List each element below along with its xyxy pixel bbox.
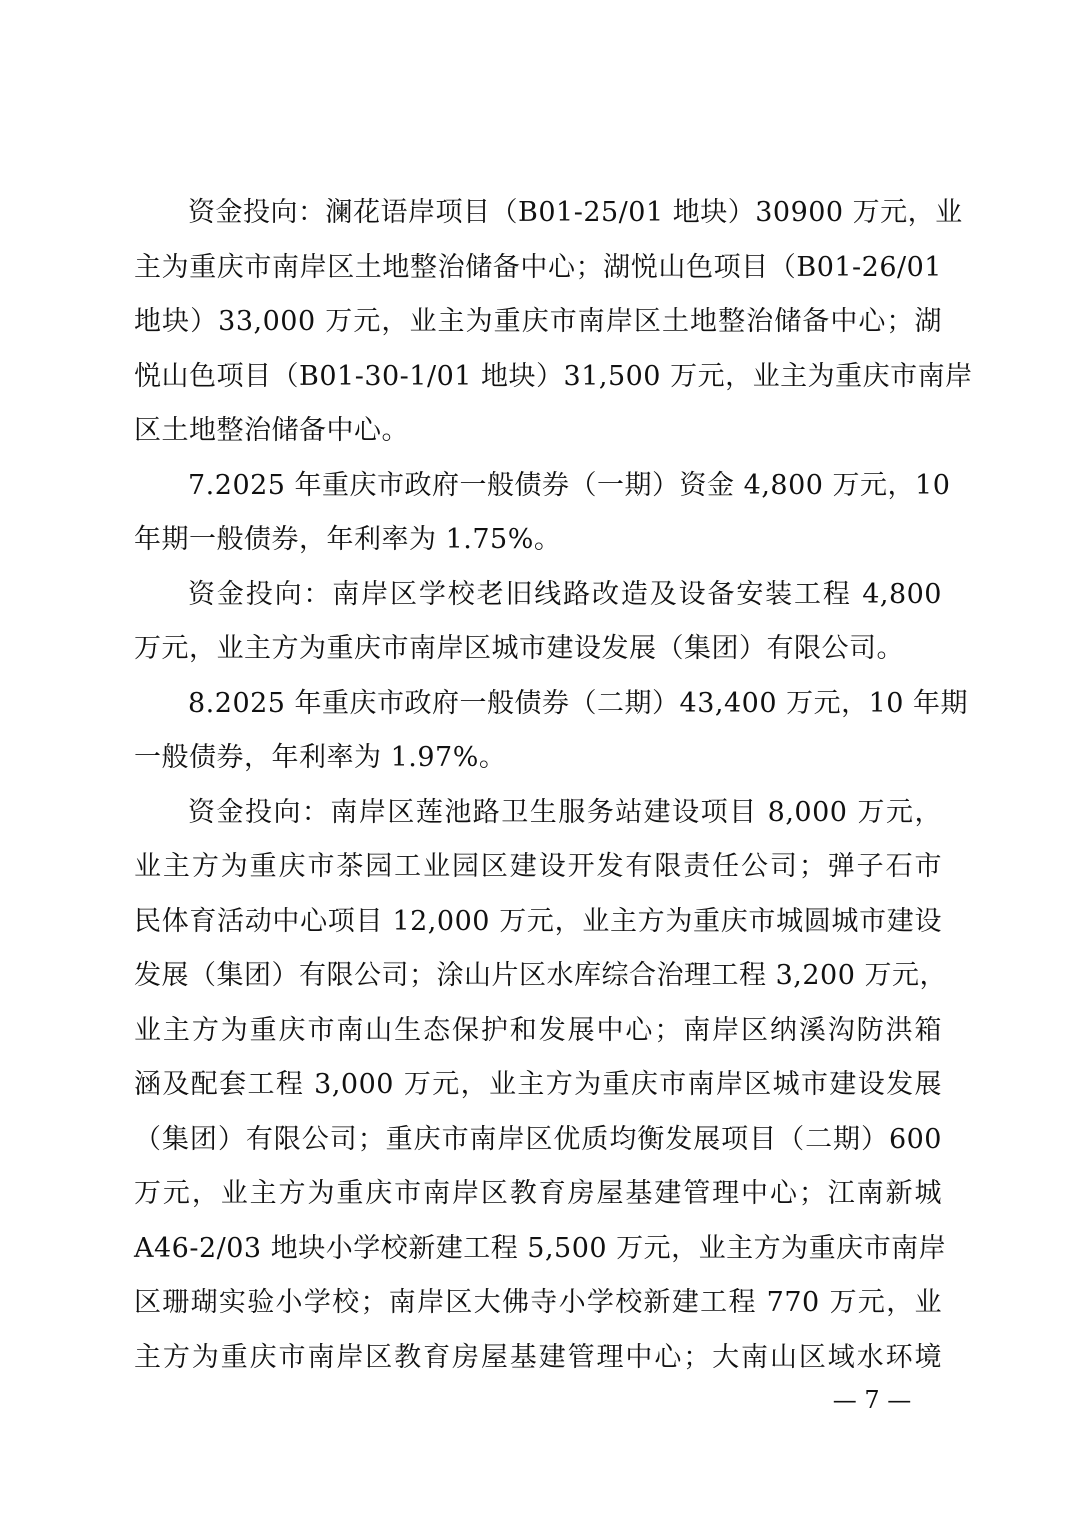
- document-page: 资金投向：澜花语岸项目（B01-25/01 地块）30900 万元，业 主为重庆…: [0, 0, 1074, 1520]
- text-line: 发展（集团）有限公司；涂山片区水库综合治理工程 3,200 万元，: [134, 949, 942, 1004]
- text-line: 涵及配套工程 3,000 万元，业主方为重庆市南岸区城市建设发展: [134, 1058, 942, 1113]
- text-line: 业主方为重庆市茶园工业园区建设开发有限责任公司；弹子石市: [134, 840, 942, 895]
- text-line: 区珊瑚实验小学校；南岸区大佛寺小学校新建工程 770 万元，业: [134, 1276, 942, 1331]
- text-line: 地块）33,000 万元，业主为重庆市南岸区土地整治储备中心；湖: [134, 295, 942, 350]
- paragraph-bond-7: 7.2025 年重庆市政府一般债券（一期）资金 4,800 万元，10 年期一般…: [134, 459, 942, 568]
- text-line: 万元，业主方为重庆市南岸区城市建设发展（集团）有限公司。: [134, 622, 942, 677]
- text-line: 主方为重庆市南岸区教育房屋基建管理中心；大南山区域水环境: [134, 1331, 942, 1386]
- text-line: 8.2025 年重庆市政府一般债券（二期）43,400 万元，10 年期: [134, 677, 942, 732]
- text-line: 年期一般债券，年利率为 1.75%。: [134, 513, 942, 568]
- text-line: 业主方为重庆市南山生态保护和发展中心；南岸区纳溪沟防洪箱: [134, 1004, 942, 1059]
- text-line: 资金投向：南岸区莲池路卫生服务站建设项目 8,000 万元，: [134, 786, 942, 841]
- text-line: （集团）有限公司；重庆市南岸区优质均衡发展项目（二期）600: [134, 1113, 942, 1168]
- text-line: 7.2025 年重庆市政府一般债券（一期）资金 4,800 万元，10: [134, 459, 942, 514]
- text-line: 主为重庆市南岸区土地整治储备中心；湖悦山色项目（B01-26/01: [134, 241, 942, 296]
- text-line: 资金投向：南岸区学校老旧线路改造及设备安装工程 4,800: [134, 568, 942, 623]
- text-line: 区土地整治储备中心。: [134, 404, 942, 459]
- page-number: — 7 —: [822, 1382, 922, 1418]
- text-line: 资金投向：澜花语岸项目（B01-25/01 地块）30900 万元，业: [134, 186, 942, 241]
- text-line: 悦山色项目（B01-30-1/01 地块）31,500 万元，业主为重庆市南岸: [134, 350, 942, 405]
- paragraph-funds-direction-b01: 资金投向：澜花语岸项目（B01-25/01 地块）30900 万元，业 主为重庆…: [134, 186, 942, 459]
- paragraph-bond-8: 8.2025 年重庆市政府一般债券（二期）43,400 万元，10 年期 一般债…: [134, 677, 942, 786]
- text-line: A46-2/03 地块小学校新建工程 5,500 万元，业主方为重庆市南岸: [134, 1222, 942, 1277]
- text-line: 万元，业主方为重庆市南岸区教育房屋基建管理中心；江南新城: [134, 1167, 942, 1222]
- paragraph-funds-direction-multi: 资金投向：南岸区莲池路卫生服务站建设项目 8,000 万元， 业主方为重庆市茶园…: [134, 786, 942, 1386]
- body-text: 资金投向：澜花语岸项目（B01-25/01 地块）30900 万元，业 主为重庆…: [134, 186, 942, 1385]
- paragraph-funds-direction-school-wiring: 资金投向：南岸区学校老旧线路改造及设备安装工程 4,800 万元，业主方为重庆市…: [134, 568, 942, 677]
- text-line: 民体育活动中心项目 12,000 万元，业主方为重庆市城圆城市建设: [134, 895, 942, 950]
- text-line: 一般债券，年利率为 1.97%。: [134, 731, 942, 786]
